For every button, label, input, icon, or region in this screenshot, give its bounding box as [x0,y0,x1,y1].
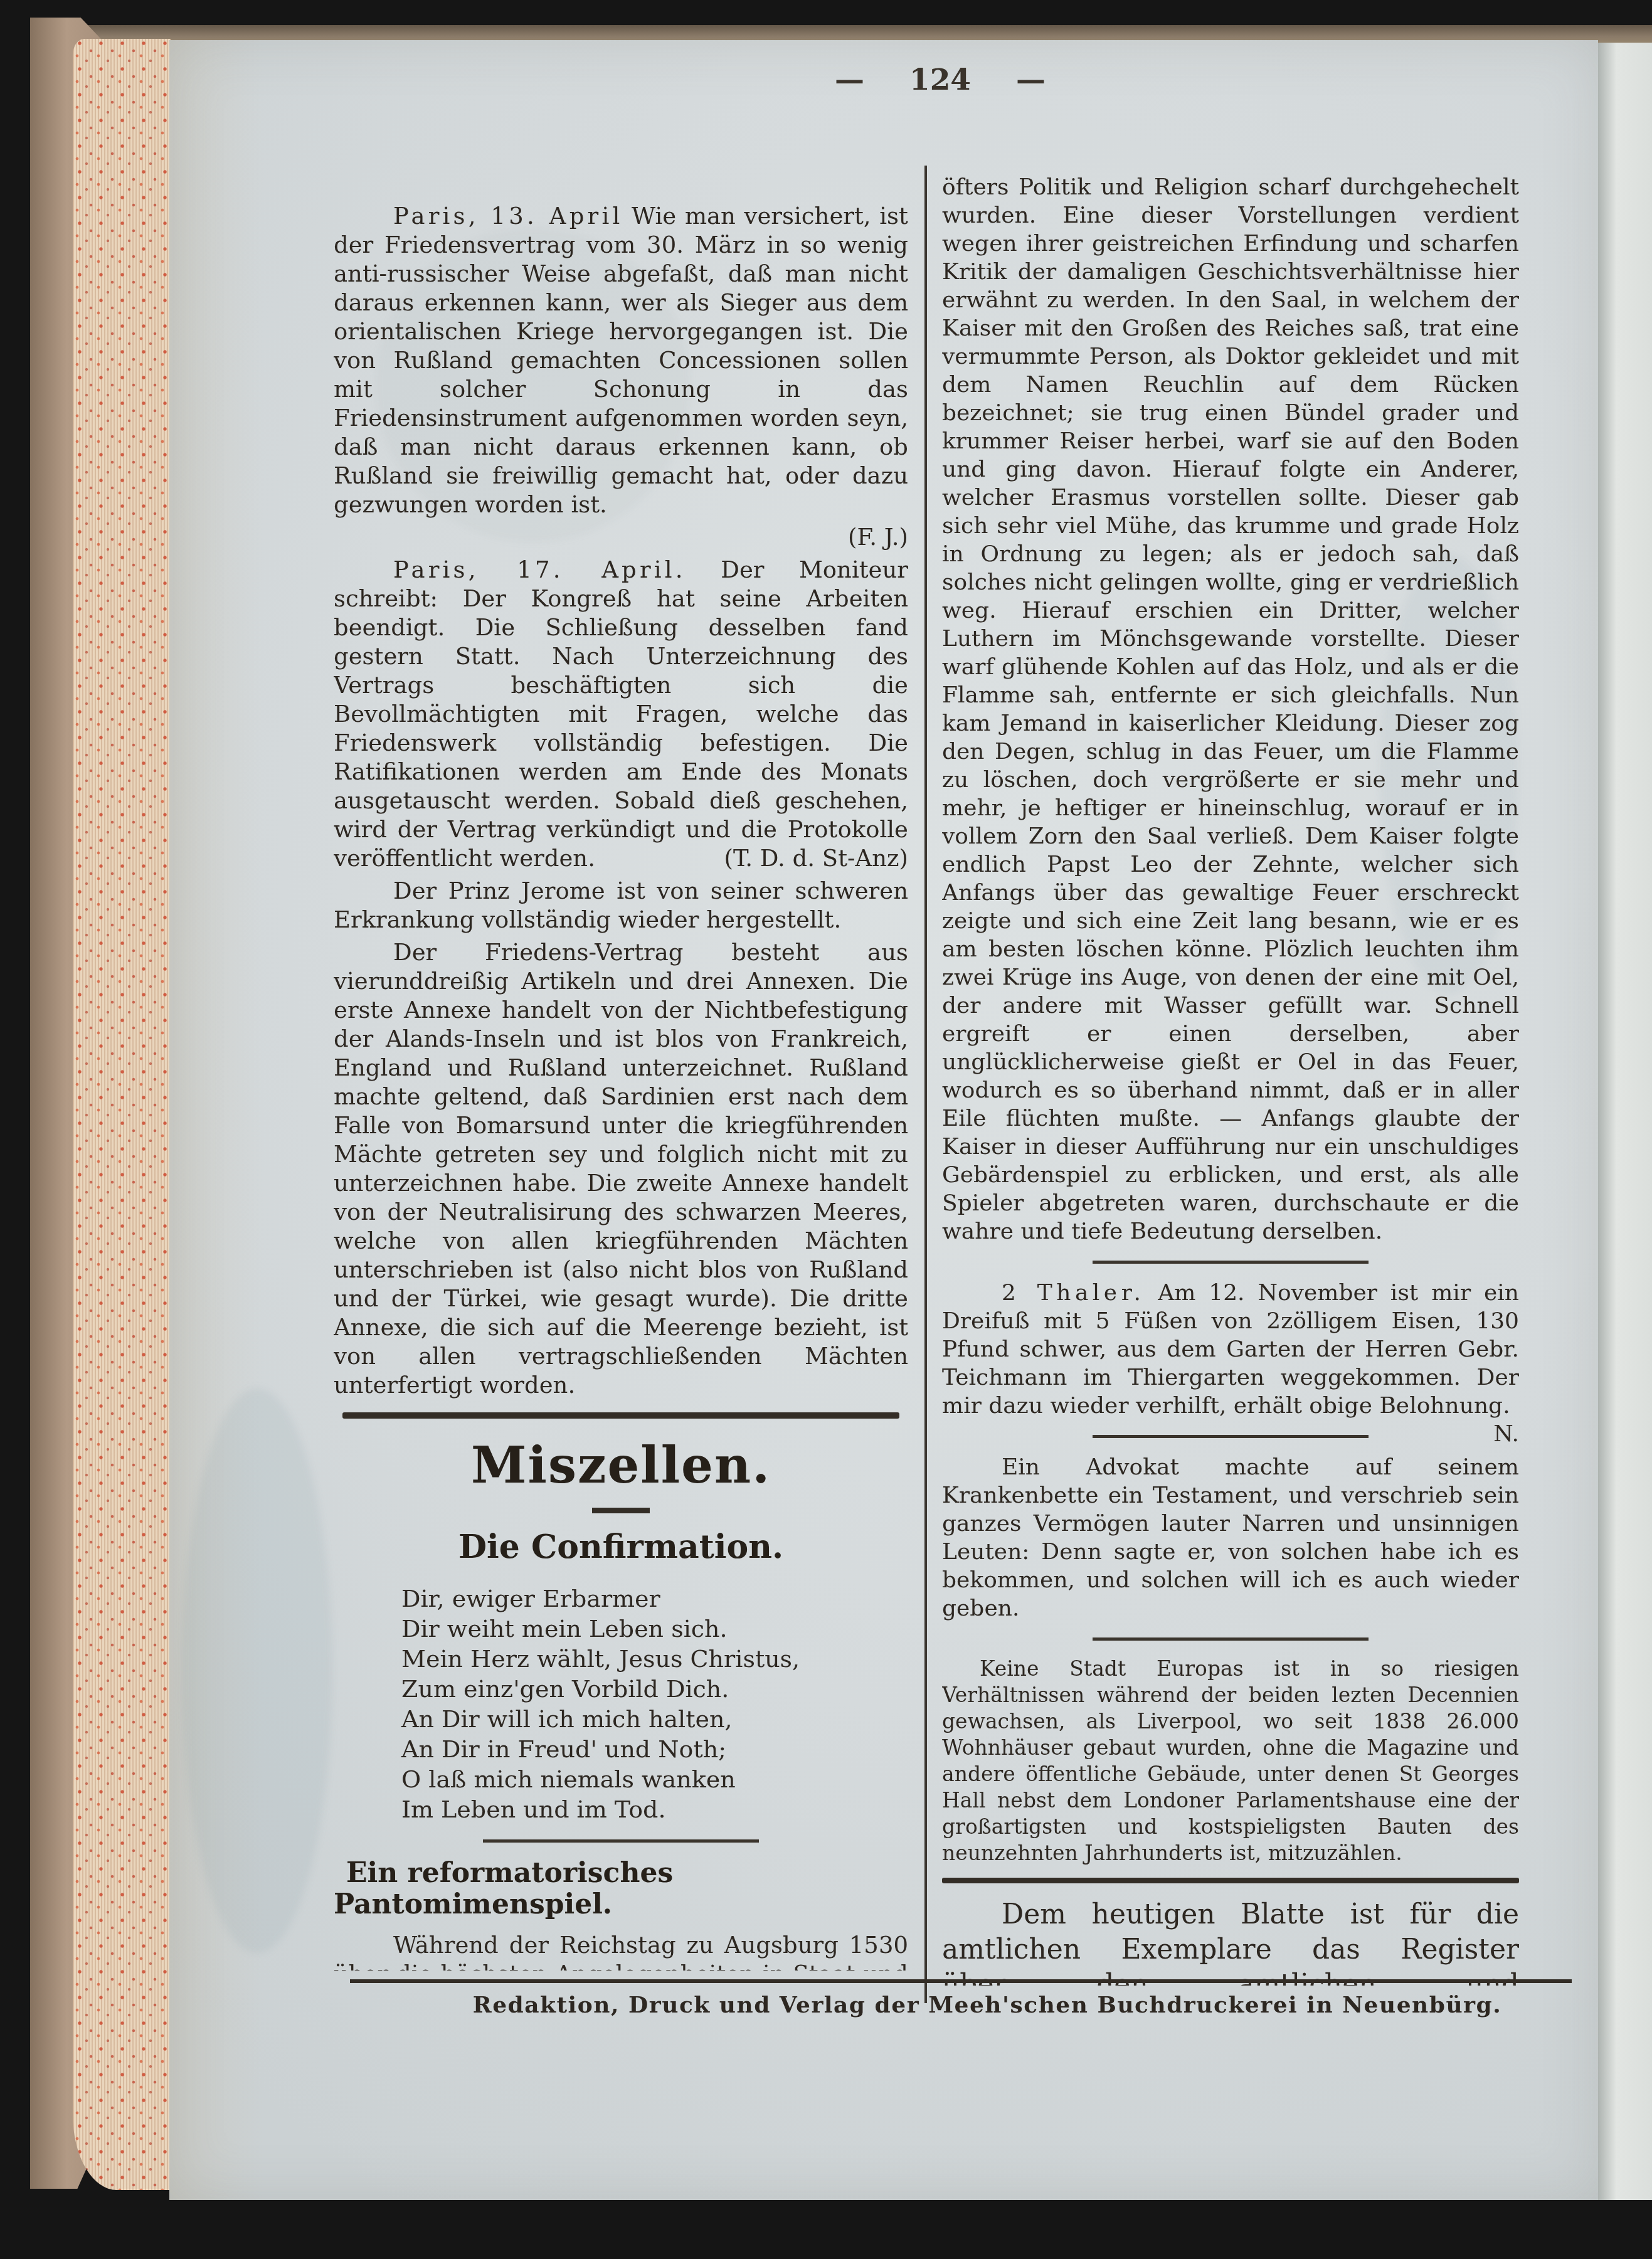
section-title-miszellen: Miszellen. [334,1437,908,1493]
article-paris-13: Paris, 13. April Wie man versichert, ist… [334,202,908,519]
reward-notice: 2 Thaler. Am 12. November ist mir ein Dr… [942,1279,1519,1420]
red-speckled-page-edges [73,39,171,2190]
page-number: 124 [909,63,971,97]
left-column: Paris, 13. April Wie man versichert, ist… [334,202,908,1971]
header-dash-left: — [835,63,864,97]
separator-rule [1093,1261,1369,1264]
liverpool-note: Keine Stadt Europas ist in so riesigen V… [942,1656,1519,1866]
poem-line: Mein Herz wählt, Jesus Christus, [401,1644,908,1674]
article-citation: (F. J.) [334,523,908,552]
confirmation-poem: Dir, ewiger Erbarmer Dir weiht mein Lebe… [334,1584,908,1824]
poem-line: Dir weiht mein Leben sich. [401,1614,908,1644]
pantomime-continuation: öfters Politik und Religion scharf durch… [942,173,1519,1246]
header-dash-right: — [1016,63,1046,97]
article-paris-17: Paris, 17. April. Der Moniteur schreibt:… [334,556,908,873]
poem-line: O laß mich niemals wanken [401,1764,908,1794]
article-friedensvertrag: Der Friedens-Vertrag besteht aus vierund… [334,938,908,1400]
column-divider-rule [924,166,927,2003]
article-text: Der Moniteur schreibt: Der Kongreß hat s… [334,556,908,872]
right-column: öfters Politik und Religion scharf durch… [942,173,1519,1986]
separator-rule [1093,1435,1369,1438]
article-citation: (T. D. d. St-Anz) [665,844,908,873]
dateline: Paris, 17. April. [393,556,686,583]
show-through-shade [182,1389,332,1953]
footer-rule [350,1979,1572,1983]
separator-rule [483,1839,759,1843]
poem-line: Dir, ewiger Erbarmer [401,1584,908,1614]
poem-line: Im Leben und im Tod. [401,1794,908,1824]
article-text: Wie man versichert, ist der Friedensvert… [334,203,908,518]
reward-lead: 2 Thaler. [1002,1280,1145,1306]
poem-line: An Dir in Freud' und Noth; [401,1734,908,1764]
book-page: — 124 — Paris, 13. April Wie man versich… [169,40,1598,2200]
pantomime-article-text: Während der Reichstag zu Augsburg 1530 ü… [334,1931,908,1971]
poem-title: Die Confirmation. [334,1528,908,1566]
section-rule [342,1412,900,1419]
pantomime-article-title: Ein reformatorisches Pantomimenspiel. [334,1858,908,1921]
heading-dash-rule [592,1508,650,1513]
page-header: — 124 — [226,63,1652,97]
announcement-rule [942,1878,1519,1883]
poem-line: Zum einz'gen Vorbild Dich. [401,1674,908,1704]
dateline: Paris, 13. April [393,203,623,230]
poem-line: An Dir will ich mich halten, [401,1704,908,1734]
advocate-anecdote: Ein Advokat machte auf seinem Krankenbet… [942,1453,1519,1622]
imprint-line: Redaktion, Druck und Verlag der Meeh'sch… [169,1992,1598,2018]
reward-signature: N. [1434,1420,1519,1448]
scanned-book-photo: { "page": { "dash_left": "—", "number": … [0,0,1652,2259]
article-prinz-jerome: Der Prinz Jerome ist von seiner schweren… [334,877,908,934]
separator-rule [1093,1637,1369,1641]
register-announcement: Dem heutigen Blatte ist für die amtliche… [942,1897,1519,1986]
next-page-edge [1598,43,1652,2200]
